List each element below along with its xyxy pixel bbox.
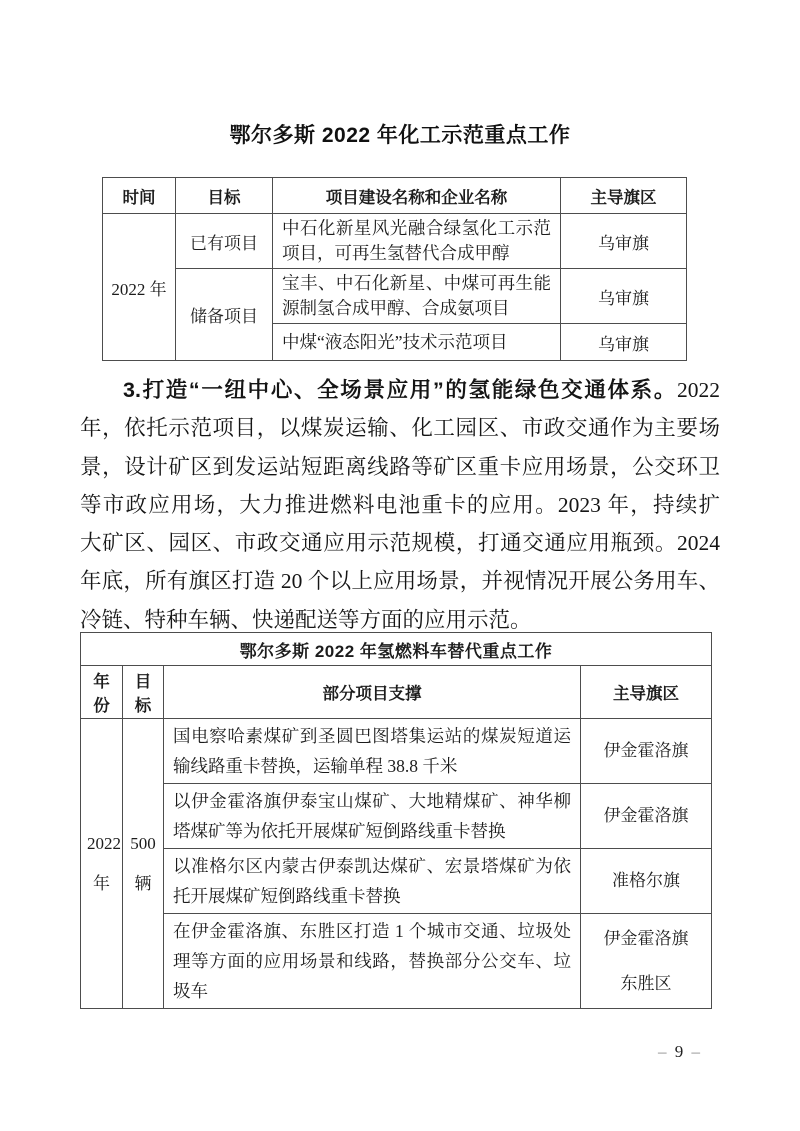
table2-district-cell: 伊金霍洛旗 东胜区 <box>581 914 712 1009</box>
table2-title-row: 鄂尔多斯 2022 年氢燃料车替代重点工作 <box>81 633 712 666</box>
document-page: 鄂尔多斯 2022 年化工示范重点工作 时间 目标 项目建设名称和企业名称 主导… <box>0 0 800 1131</box>
goal-value: 500 <box>129 824 157 864</box>
year-value: 2022 <box>87 824 116 864</box>
page-number-value: 9 <box>675 1042 686 1061</box>
page-number-dash: – <box>692 1042 703 1061</box>
table1-district-cell: 乌审旗 <box>561 214 687 269</box>
district-line: 伊金霍洛旗 <box>587 916 705 961</box>
table2-header-row: 年份 目标 部分项目支撑 主导旗区 <box>81 666 712 719</box>
table2-row: 在伊金霍洛旗、东胜区打造 1 个城市交通、垃圾处理等方面的应用场景和线路，替换部… <box>81 914 712 1009</box>
table2-row: 以伊金霍洛旗伊泰宝山煤矿、大地精煤矿、神华柳塔煤矿等为依托开展煤矿短倒路线重卡替… <box>81 784 712 849</box>
table2-support-cell: 国电察哈素煤矿到圣圆巴图塔集运站的煤炭短道运输线路重卡替换，运输单程 38.8 … <box>164 719 581 784</box>
paragraph-line: 年底，所有旗区打造 20 个以上应用场景，并视情况开展公务用车、 <box>80 562 720 600</box>
table1-header-district: 主导旗区 <box>561 178 687 214</box>
table1-goal-reserve: 储备项目 <box>176 269 273 361</box>
body-paragraph: 3.打造“一纽中心、全场景应用”的氢能绿色交通体系。2022 年，依托示范项目，… <box>80 371 720 639</box>
table2-support-cell: 在伊金霍洛旗、东胜区打造 1 个城市交通、垃圾处理等方面的应用场景和线路，替换部… <box>164 914 581 1009</box>
table1-goal-existing: 已有项目 <box>176 214 273 269</box>
table1-project-cell: 中石化新星风光融合绿氢化工示范项目，可再生氢替代合成甲醇 <box>273 214 561 269</box>
chemical-demo-table: 时间 目标 项目建设名称和企业名称 主导旗区 2022 年 已有项目 中石化新星… <box>102 177 687 361</box>
table2-header-year: 年份 <box>81 666 123 719</box>
table2-support-cell: 以伊金霍洛旗伊泰宝山煤矿、大地精煤矿、神华柳塔煤矿等为依托开展煤矿短倒路线重卡替… <box>164 784 581 849</box>
table2-header-support: 部分项目支撑 <box>164 666 581 719</box>
table2-title: 鄂尔多斯 2022 年氢燃料车替代重点工作 <box>81 633 712 666</box>
table1-district-cell: 乌审旗 <box>561 269 687 324</box>
paragraph-line: 年，依托示范项目，以煤炭运输、化工园区、市政交通作为主要场 <box>80 409 720 447</box>
table2-support-cell: 以准格尔区内蒙古伊泰凯达煤矿、宏景塔煤矿为依托开展煤矿短倒路线重卡替换 <box>164 849 581 914</box>
table2-header-district: 主导旗区 <box>581 666 712 719</box>
year-unit: 年 <box>87 864 116 904</box>
table2-header-goal: 目标 <box>123 666 164 719</box>
table1-header-goal: 目标 <box>176 178 273 214</box>
table1-project-cell: 中煤“液态阳光”技术示范项目 <box>273 324 561 361</box>
table1-header-time: 时间 <box>103 178 176 214</box>
district-line: 东胜区 <box>587 961 705 1006</box>
paragraph-line: 等市政应用场，大力推进燃料电池重卡的应用。2023 年，持续扩 <box>80 486 720 524</box>
district-line: 伊金霍洛旗 <box>587 801 705 831</box>
paragraph-line: 3.打造“一纽中心、全场景应用”的氢能绿色交通体系。2022 <box>80 371 720 409</box>
table2-year-cell: 2022 年 <box>81 719 123 1009</box>
table2-district-cell: 伊金霍洛旗 <box>581 784 712 849</box>
page-number: – 9 – <box>658 1042 702 1062</box>
table1-header-row: 时间 目标 项目建设名称和企业名称 主导旗区 <box>103 178 687 214</box>
page-title: 鄂尔多斯 2022 年化工示范重点工作 <box>0 119 800 149</box>
table1-district-cell: 乌审旗 <box>561 324 687 361</box>
district-line: 准格尔旗 <box>587 866 705 896</box>
goal-unit: 辆 <box>129 864 157 904</box>
table2-district-cell: 准格尔旗 <box>581 849 712 914</box>
table1-row-existing: 2022 年 已有项目 中石化新星风光融合绿氢化工示范项目，可再生氢替代合成甲醇… <box>103 214 687 269</box>
district-line: 伊金霍洛旗 <box>587 736 705 766</box>
table1-row-reserve-1: 储备项目 宝丰、中石化新星、中煤可再生能源制氢合成甲醇、合成氨项目 乌审旗 <box>103 269 687 324</box>
hydrogen-vehicle-table: 鄂尔多斯 2022 年氢燃料车替代重点工作 年份 目标 部分项目支撑 主导旗区 … <box>80 632 712 1009</box>
table1-header-project: 项目建设名称和企业名称 <box>273 178 561 214</box>
paragraph-lead-bold: 3.打造“一纽中心、全场景应用”的氢能绿色交通体系。 <box>123 378 677 402</box>
table2-row: 以准格尔区内蒙古伊泰凯达煤矿、宏景塔煤矿为依托开展煤矿短倒路线重卡替换 准格尔旗 <box>81 849 712 914</box>
table1-project-cell: 宝丰、中石化新星、中煤可再生能源制氢合成甲醇、合成氨项目 <box>273 269 561 324</box>
table1-time-cell: 2022 年 <box>103 214 176 361</box>
paragraph-line1-rest: 2022 <box>677 378 720 402</box>
paragraph-line: 大矿区、园区、市政交通应用示范规模，打通交通应用瓶颈。2024 <box>80 524 720 562</box>
table2-row: 2022 年 500 辆 国电察哈素煤矿到圣圆巴图塔集运站的煤炭短道运输线路重卡… <box>81 719 712 784</box>
table2-goal-cell: 500 辆 <box>123 719 164 1009</box>
table2-district-cell: 伊金霍洛旗 <box>581 719 712 784</box>
page-number-dash: – <box>658 1042 669 1061</box>
paragraph-line: 景，设计矿区到发运站短距离线路等矿区重卡应用场景，公交环卫 <box>80 448 720 486</box>
